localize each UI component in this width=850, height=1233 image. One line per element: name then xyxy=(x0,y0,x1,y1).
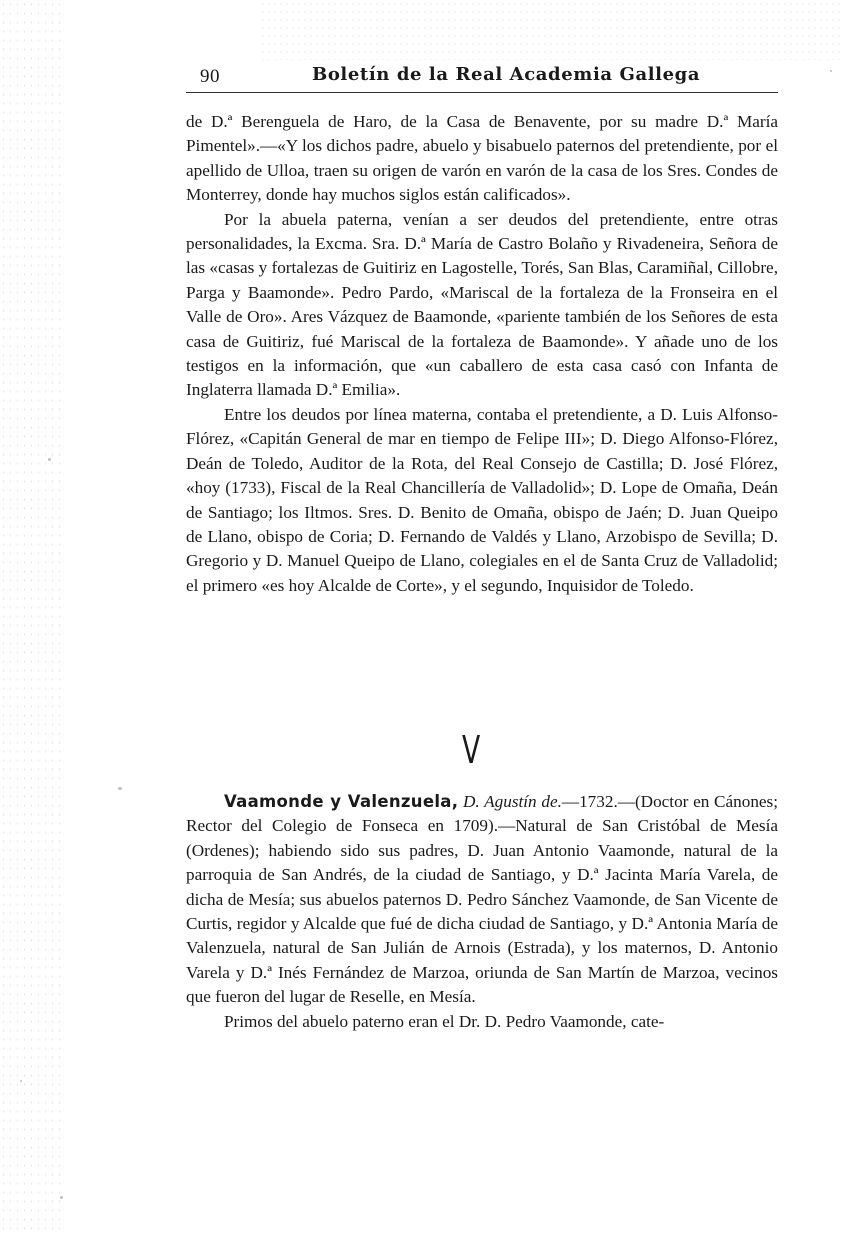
running-header: 90 Boletín de la Real Academia Gallega xyxy=(186,62,778,93)
ink-speck xyxy=(48,458,51,461)
running-title: Boletín de la Real Academia Gallega xyxy=(312,64,700,85)
entry-name: D. Agustín de. xyxy=(463,792,562,811)
ink-speck xyxy=(830,70,832,72)
entry-paragraph: Vaamonde y Valenzuela, D. Agustín de.—17… xyxy=(186,790,778,1010)
entry-paragraph: Primos del abuelo paterno eran el Dr. D.… xyxy=(186,1010,778,1034)
scanned-page: 90 Boletín de la Real Academia Gallega d… xyxy=(0,0,850,1233)
paragraph: Por la abuela paterna, venían a ser deud… xyxy=(186,208,778,403)
page-number: 90 xyxy=(200,66,220,88)
paragraph: Entre los deudos por línea materna, cont… xyxy=(186,403,778,598)
entry-headword: Vaamonde y Valenzuela, xyxy=(224,792,458,811)
biographical-entry: Vaamonde y Valenzuela, D. Agustín de.—17… xyxy=(186,790,778,1034)
paragraph: de D.ª Berenguela de Haro, de la Casa de… xyxy=(186,110,778,208)
ink-speck xyxy=(118,787,122,790)
ink-speck xyxy=(20,1080,22,1082)
ink-speck xyxy=(60,1196,63,1199)
body-text: de D.ª Berenguela de Haro, de la Casa de… xyxy=(186,110,778,598)
scan-noise-top xyxy=(260,0,840,60)
entry-text: —1732.—(Doctor en Cánones; Rector del Co… xyxy=(186,792,778,1006)
section-letter: V xyxy=(462,728,480,772)
scan-noise-left xyxy=(0,0,60,1233)
